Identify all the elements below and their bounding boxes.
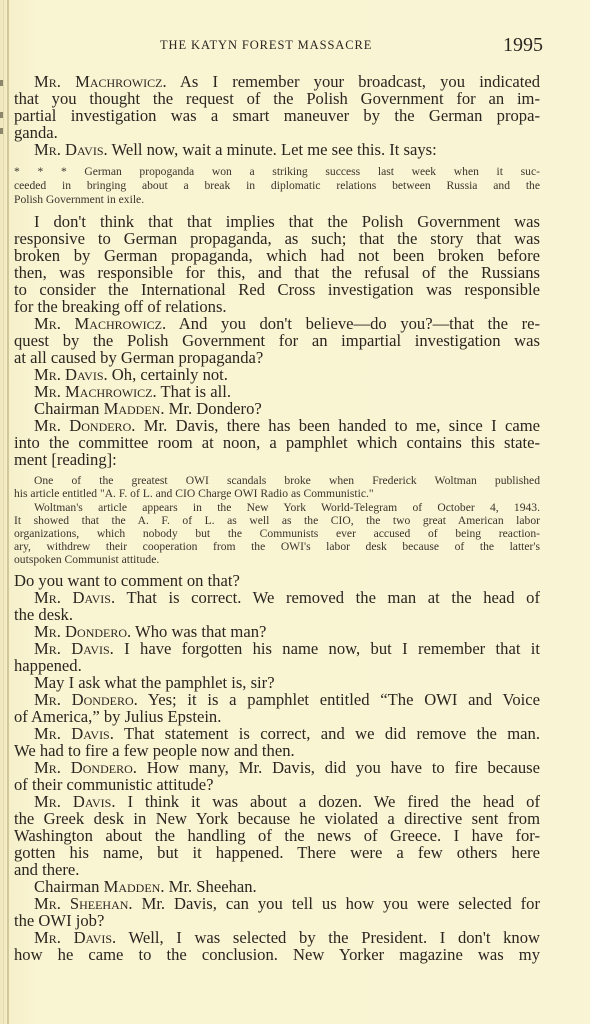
text-line: Mr. Machrowicz. That is all. xyxy=(34,383,540,400)
text-line: Mr. Dondero. Mr. Davis, there has been h… xyxy=(34,417,540,434)
quote-line: One of the greatest OWI scandals broke w… xyxy=(34,474,540,487)
quote-line: ary, withdrew their cooperation from the… xyxy=(14,540,540,553)
text-line: Mr. Dondero. Who was that man? xyxy=(34,623,540,640)
text-line: that you thought the request of the Poli… xyxy=(14,90,540,107)
text-line: responsive to German propaganda, as such… xyxy=(14,230,540,247)
text-line: and there. xyxy=(14,861,540,878)
margin-mark xyxy=(0,128,3,134)
quote-line: his article entitled "A. F. of L. and CI… xyxy=(14,487,540,500)
quote-line: Woltman's article appears in the New Yor… xyxy=(34,501,540,514)
text-line: We had to fire a few people now and then… xyxy=(14,742,540,759)
text-line: how he came to the conclusion. New Yorke… xyxy=(14,946,540,963)
text-line: I don't think that that implies that the… xyxy=(34,213,540,230)
text-line: gotten his name, but it happened. There … xyxy=(14,844,540,861)
text-line: the Greek desk in New York because he vi… xyxy=(14,810,540,827)
quote-line: ceeded in bringing about a break in dipl… xyxy=(14,179,540,192)
text-line: Mr. Davis. I have forgotten his name now… xyxy=(34,640,540,657)
text-line: the OWI job? xyxy=(14,912,540,929)
text-line: Mr. Machrowicz. As I remember your broad… xyxy=(34,73,540,90)
text-line: Mr. Sheehan. Mr. Davis, can you tell us … xyxy=(34,895,540,912)
text-line: Mr. Davis. Well, I was selected by the P… xyxy=(34,929,540,946)
text-line: Mr. Dondero. How many, Mr. Davis, did yo… xyxy=(34,759,540,776)
text-line: Chairman Madden. Mr. Dondero? xyxy=(34,400,540,417)
text-line: broken by German propaganda, which had n… xyxy=(14,247,540,264)
text-line: Do you want to comment on that? xyxy=(14,572,540,589)
text-line: happened. xyxy=(14,657,540,674)
text-line: to consider the International Red Cross … xyxy=(14,281,540,298)
quote-line: It showed that the A. F. of L. as well a… xyxy=(14,514,540,527)
text-line: for the breaking off of relations. xyxy=(14,298,540,315)
text-line: Mr. Davis. That statement is correct, an… xyxy=(34,725,540,742)
margin-mark xyxy=(0,80,3,86)
text-line: Mr. Davis. I think it was about a dozen.… xyxy=(34,793,540,810)
text-line: then, was responsible for this, and that… xyxy=(14,264,540,281)
speaker-name: Mr. Davis. xyxy=(34,140,108,159)
text-line: partial investigation was a smart maneuv… xyxy=(14,107,540,124)
quote-line: * * * German propoganda won a striking s… xyxy=(14,165,540,178)
scanned-page: THE KATYN FOREST MASSACRE 1995 Mr. Machr… xyxy=(0,0,590,1024)
text-line: quest by the Polish Government for an im… xyxy=(14,332,540,349)
text-line: Mr. Davis. Well now, wait a minute. Let … xyxy=(34,141,540,158)
text-line: Mr. Machrowicz. And you don't believe—do… xyxy=(34,315,540,332)
text-line: ganda. xyxy=(14,124,540,141)
text-line: the desk. xyxy=(14,606,540,623)
text-line: of America,” by Julius Epstein. xyxy=(14,708,540,725)
quote-line: organizations, which nobody but the Comm… xyxy=(14,527,540,540)
quote-line: Polish Government in exile. xyxy=(14,193,540,206)
running-title: THE KATYN FOREST MASSACRE xyxy=(160,38,372,53)
binding-edge xyxy=(7,0,9,1024)
text-line: Mr. Davis. That is correct. We removed t… xyxy=(34,589,540,606)
text-line: May I ask what the pamphlet is, sir? xyxy=(34,674,540,691)
text-line: Washington about the handling of the new… xyxy=(14,827,540,844)
text-line: ment [reading]: xyxy=(14,451,540,468)
text-line: into the committee room at noon, a pamph… xyxy=(14,434,540,451)
text-line: Chairman Madden. Mr. Sheehan. xyxy=(34,878,540,895)
text-line: of their communistic attitude? xyxy=(14,776,540,793)
text-line: at all caused by German propaganda? xyxy=(14,349,540,366)
margin-mark xyxy=(0,112,3,118)
text-line: Mr. Davis. Oh, certainly not. xyxy=(34,366,540,383)
running-head: THE KATYN FOREST MASSACRE 1995 xyxy=(0,37,590,57)
text-line: Mr. Dondero. Yes; it is a pamphlet entit… xyxy=(34,691,540,708)
binding-edge xyxy=(3,0,4,1024)
quote-line: outspoken Communist attitude. xyxy=(14,553,540,566)
page-number: 1995 xyxy=(503,34,543,57)
